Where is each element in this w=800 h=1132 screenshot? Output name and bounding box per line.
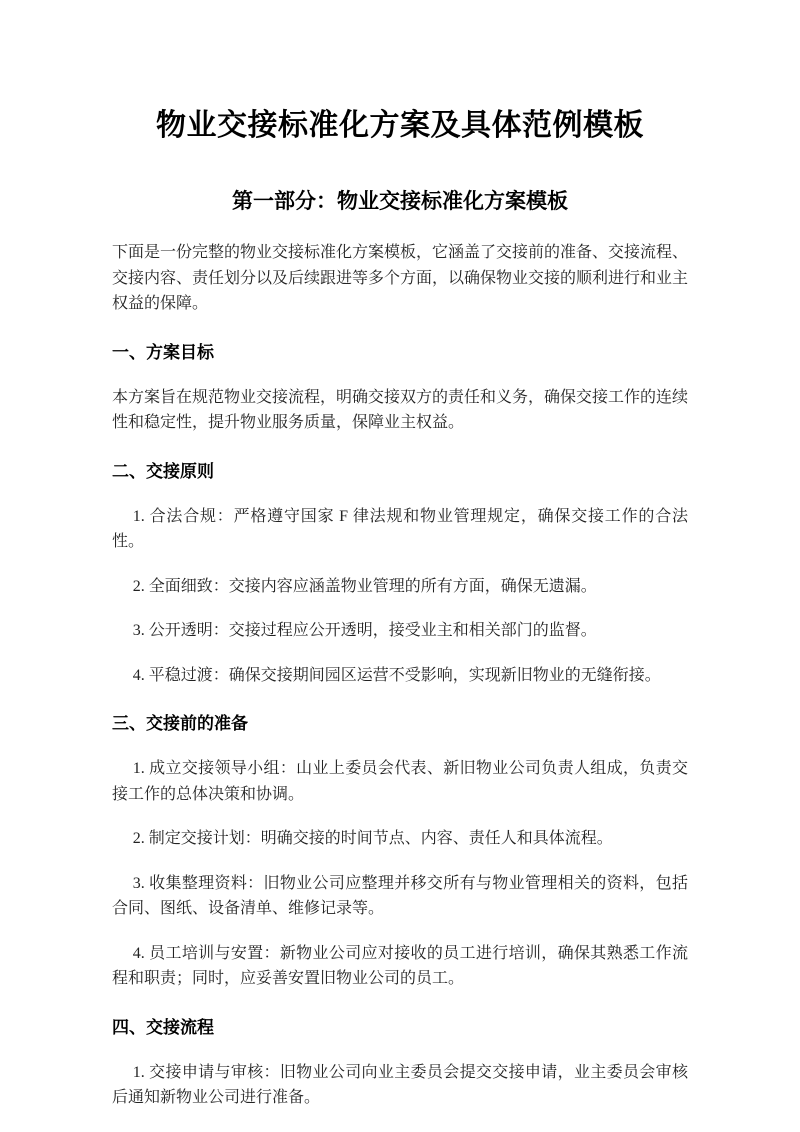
- section-handover-process: 四、交接流程 1. 交接申请与审核：旧物业公司向业主委员会提交交接申请，业主委员…: [112, 1016, 688, 1111]
- document-subtitle: 第一部分：物业交接标准化方案模板: [112, 188, 688, 216]
- list-item: 4. 平稳过渡：确保交接期间园区运营不受影响，实现新旧物业的无缝衔接。: [112, 663, 688, 689]
- section-heading-handover-principles: 二、交接原则: [112, 460, 688, 483]
- list-item: 1. 成立交接领导小组：山业上委员会代表、新旧物业公司负责人组成，负责交接工作的…: [112, 756, 688, 807]
- section-heading-pre-handover-preparation: 三、交接前的准备: [112, 712, 688, 735]
- list-item: 1. 交接申请与审核：旧物业公司向业主委员会提交交接申请，业主委员会审核后通知新…: [112, 1060, 688, 1111]
- section-heading-handover-process: 四、交接流程: [112, 1016, 688, 1039]
- section-heading-plan-goals: 一、方案目标: [112, 341, 688, 364]
- list-item: 2. 制定交接计划：明确交接的时间节点、内容、责任人和具体流程。: [112, 826, 688, 852]
- section-plan-goals: 一、方案目标 本方案旨在规范物业交接流程，明确交接双方的责任和义务，确保交接工作…: [112, 341, 688, 436]
- list-item: 3. 收集整理资料：旧物业公司应整理并移交所有与物业管理相关的资料，包括合同、图…: [112, 871, 688, 922]
- document-title: 物业交接标准化方案及具体范例模板: [112, 108, 688, 144]
- list-item: 2. 全面细致：交接内容应涵盖物业管理的所有方面，确保无遗漏。: [112, 574, 688, 600]
- section-pre-handover-preparation: 三、交接前的准备 1. 成立交接领导小组：山业上委员会代表、新旧物业公司负责人组…: [112, 712, 688, 992]
- list-item: 4. 员工培训与安置：新物业公司应对接收的员工进行培训，确保其熟悉工作流程和职责…: [112, 941, 688, 992]
- list-item: 1. 合法合规：严格遵守国家 F 律法规和物业管理规定，确保交接工作的合法性。: [112, 504, 688, 555]
- list-item: 3. 公开透明：交接过程应公开透明，接受业主和相关部门的监督。: [112, 618, 688, 644]
- section-handover-principles: 二、交接原则 1. 合法合规：严格遵守国家 F 律法规和物业管理规定，确保交接工…: [112, 460, 688, 689]
- document-page: 物业交接标准化方案及具体范例模板 第一部分：物业交接标准化方案模板 下面是一份完…: [0, 0, 800, 1132]
- intro-paragraph: 下面是一份完整的物业交接标准化方案模板，它涵盖了交接前的准备、交接流程、交接内容…: [112, 240, 688, 317]
- section-body-plan-goals: 本方案旨在规范物业交接流程，明确交接双方的责任和义务，确保交接工作的连续性和稳定…: [112, 385, 688, 436]
